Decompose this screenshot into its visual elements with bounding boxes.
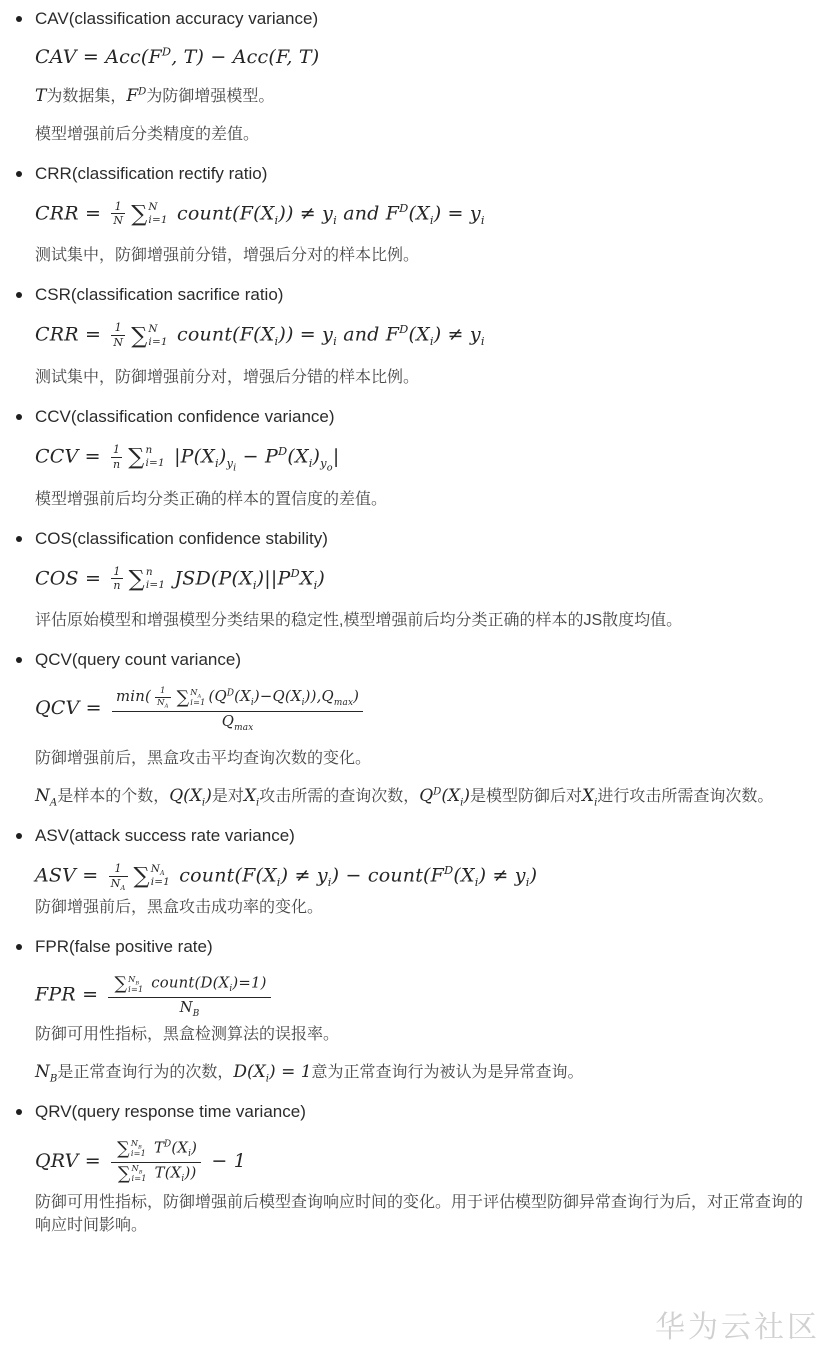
metric-title: ASV(attack success rate variance) bbox=[35, 825, 814, 847]
metric-title: CSR(classification sacrifice ratio) bbox=[35, 284, 814, 306]
metric-item: CSR(classification sacrifice ratio) CRR … bbox=[14, 284, 814, 389]
metric-paragraphs: 模型增强前后均分类正确的样本的置信度的差值。 bbox=[35, 488, 814, 511]
metric-formula: ASV = 1NA∑NAi=1 count(F(Xi) ≠ yi) − coun… bbox=[35, 862, 814, 892]
metric-description: NA是样本的个数，Q(Xi)是对Xi攻击所需的查询次数，QD(Xi)是模型防御后… bbox=[35, 785, 814, 808]
metric-title: CAV(classification accuracy variance) bbox=[35, 8, 814, 30]
metric-item: FPR(false positive rate) FPR = ∑NBi=1 co… bbox=[14, 936, 814, 1084]
metric-description: 防御增强前后，黑盒攻击成功率的变化。 bbox=[35, 896, 814, 919]
metric-formula: CCV = 1n∑ni=1 |P(Xi)yi − PD(Xi)yo| bbox=[35, 443, 814, 473]
metric-formula: COS = 1n∑ni=1 JSD(P(Xi)||PDXi) bbox=[35, 565, 814, 595]
bullet-icon bbox=[16, 536, 22, 542]
metric-description: 防御可用性指标，黑盒检测算法的误报率。 bbox=[35, 1023, 814, 1046]
metric-formula: CRR = 1N∑Ni=1 count(F(Xi)) ≠ yi and FD(X… bbox=[35, 200, 814, 230]
metric-title: CCV(classification confidence variance) bbox=[35, 406, 814, 428]
bullet-icon bbox=[16, 414, 22, 420]
metric-paragraphs: 测试集中，防御增强前分对，增强后分错的样本比例。 bbox=[35, 366, 814, 389]
huawei-cloud-community-watermark: 华为云社区 bbox=[655, 1302, 820, 1346]
metric-item: ASV(attack success rate variance) ASV = … bbox=[14, 825, 814, 920]
metric-item: CAV(classification accuracy variance) CA… bbox=[14, 8, 814, 146]
bullet-icon bbox=[16, 171, 22, 177]
bullet-icon bbox=[16, 292, 22, 298]
metrics-list: CAV(classification accuracy variance) CA… bbox=[14, 8, 814, 1237]
metric-formula: CAV = Acc(FD, T) − Acc(F, T) bbox=[35, 45, 814, 70]
metric-description: 测试集中，防御增强前分错，增强后分对的样本比例。 bbox=[35, 244, 814, 267]
document-body: CAV(classification accuracy variance) CA… bbox=[0, 0, 828, 1237]
metric-item: CRR(classification rectify ratio) CRR = … bbox=[14, 163, 814, 268]
metric-title: QCV(query count variance) bbox=[35, 649, 814, 671]
metric-description: 防御可用性指标，防御增强前后模型查询响应时间的变化。用于评估模型防御异常查询行为… bbox=[35, 1191, 814, 1237]
bullet-icon bbox=[16, 944, 22, 950]
metric-item: QRV(query response time variance) QRV = … bbox=[14, 1101, 814, 1237]
metric-formula: FPR = ∑NBi=1 count(D(Xi)=1)NB bbox=[35, 973, 814, 1018]
metric-item: COS(classification confidence stability)… bbox=[14, 528, 814, 633]
metric-paragraphs: 防御增强前后，黑盒攻击平均查询次数的变化。NA是样本的个数，Q(Xi)是对Xi攻… bbox=[35, 747, 814, 808]
metric-description: 模型增强前后分类精度的差值。 bbox=[35, 123, 814, 146]
metric-paragraphs: 测试集中，防御增强前分错，增强后分对的样本比例。 bbox=[35, 244, 814, 267]
bullet-icon bbox=[16, 1109, 22, 1115]
metric-formula: QCV = min(1NA∑NAi=1(QD(Xi)−Q(Xi)),Qmax)Q… bbox=[35, 686, 814, 732]
metric-description: NB是正常查询行为的次数，D(Xi) = 1意为正常查询行为被认为是异常查询。 bbox=[35, 1061, 814, 1084]
metric-formula: CRR = 1N∑Ni=1 count(F(Xi)) = yi and FD(X… bbox=[35, 321, 814, 351]
metric-description: T为数据集，FD为防御增强模型。 bbox=[35, 85, 814, 108]
metric-title: FPR(false positive rate) bbox=[35, 936, 814, 958]
metric-title: COS(classification confidence stability) bbox=[35, 528, 814, 550]
metric-paragraphs: 评估原始模型和增强模型分类结果的稳定性,模型增强前后均分类正确的样本的JS散度均… bbox=[35, 609, 814, 632]
metric-description: 测试集中，防御增强前分对，增强后分错的样本比例。 bbox=[35, 366, 814, 389]
bullet-icon bbox=[16, 833, 22, 839]
bullet-icon bbox=[16, 16, 22, 22]
bullet-icon bbox=[16, 657, 22, 663]
metric-paragraphs: 防御增强前后，黑盒攻击成功率的变化。 bbox=[35, 896, 814, 919]
metric-paragraphs: T为数据集，FD为防御增强模型。模型增强前后分类精度的差值。 bbox=[35, 85, 814, 146]
metric-formula: QRV = ∑NBi=1 TD(Xi)∑NBi=1 T(Xi)) − 1 bbox=[35, 1138, 814, 1186]
metric-title: CRR(classification rectify ratio) bbox=[35, 163, 814, 185]
metric-description: 评估原始模型和增强模型分类结果的稳定性,模型增强前后均分类正确的样本的JS散度均… bbox=[35, 609, 814, 632]
metric-paragraphs: 防御可用性指标，黑盒检测算法的误报率。NB是正常查询行为的次数，D(Xi) = … bbox=[35, 1023, 814, 1084]
metric-item: QCV(query count variance) QCV = min(1NA∑… bbox=[14, 649, 814, 808]
metric-description: 模型增强前后均分类正确的样本的置信度的差值。 bbox=[35, 488, 814, 511]
metric-title: QRV(query response time variance) bbox=[35, 1101, 814, 1123]
metric-paragraphs: 防御可用性指标，防御增强前后模型查询响应时间的变化。用于评估模型防御异常查询行为… bbox=[35, 1191, 814, 1237]
metric-description: 防御增强前后，黑盒攻击平均查询次数的变化。 bbox=[35, 747, 814, 770]
metric-item: CCV(classification confidence variance) … bbox=[14, 406, 814, 511]
